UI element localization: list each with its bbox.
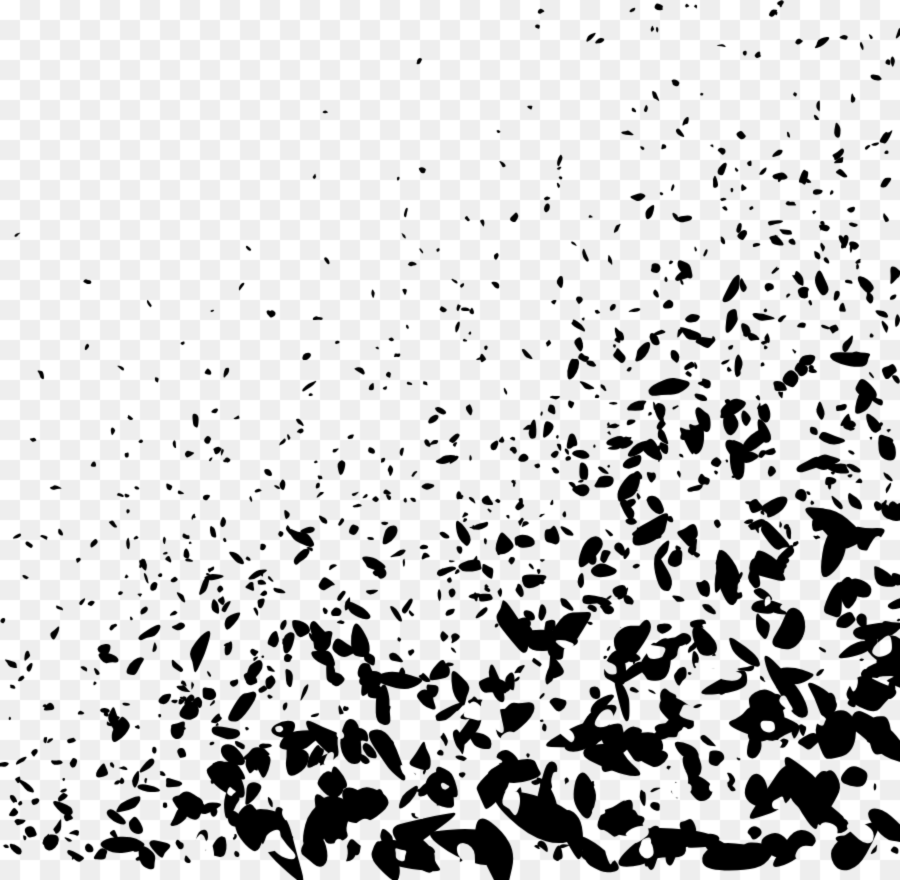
grunge-splatter-texture-canvas xyxy=(0,0,900,880)
splatter-artboard xyxy=(0,0,900,880)
